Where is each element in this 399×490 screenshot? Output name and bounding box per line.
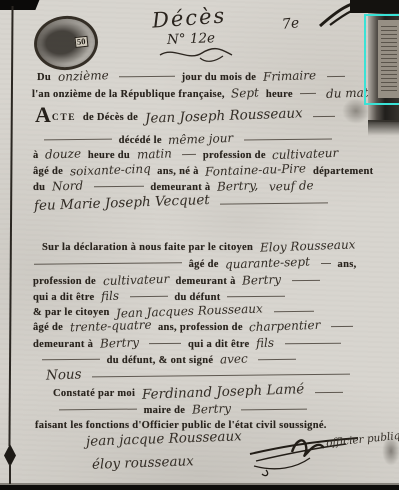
- printed-departement: département: [313, 166, 373, 177]
- flourish: [158, 48, 236, 64]
- selection-box[interactable]: [364, 14, 399, 105]
- scan-edge-bottom: [0, 485, 399, 490]
- hour-entry: Sept: [231, 87, 259, 101]
- declarant2-residence-line: demeurant à Bertry qui a dit être fils: [33, 337, 345, 351]
- death-day-entry: même jour: [168, 132, 234, 147]
- month-entry: Frimaire: [263, 69, 317, 84]
- ruled-line: [130, 296, 168, 297]
- declarant1-profession-line: profession de cultivateur demeurant à Be…: [33, 274, 324, 288]
- declaration-line: Sur la déclaration à nous faite par le c…: [42, 240, 359, 254]
- birthplace-entry: Fontaine-au-Pire: [205, 162, 306, 179]
- declarant2-residence: Bertry: [100, 336, 139, 350]
- printed-age-de2: âgé de: [189, 259, 219, 270]
- act-number: N° 12e: [167, 30, 216, 48]
- death-daypart-entry: matin: [136, 147, 171, 161]
- printed-initial-a: A: [35, 102, 51, 127]
- ruled-line: [149, 343, 181, 344]
- printed-heure: heure: [266, 89, 293, 100]
- ruled-line: [258, 359, 296, 360]
- signed-line: du défunt, & ont signé avec: [38, 353, 300, 367]
- stamp-value: 50: [74, 36, 89, 48]
- scan-edge-corner: [350, 0, 399, 13]
- printed-jour-du-mois: jour du mois de: [182, 72, 257, 83]
- printed-qui-a-dit2: qui a dit être: [188, 339, 249, 350]
- ruled-line: [42, 359, 100, 361]
- signature-jean-jacques: jean jacque Rousseaux: [86, 430, 242, 448]
- printed-cte: CTE: [52, 113, 76, 123]
- ruled-line: [34, 262, 182, 265]
- printed-a: à: [33, 150, 39, 161]
- binding-thread: [8, 6, 13, 446]
- printed-du2: du: [33, 182, 45, 193]
- spouse-name: feu Marie Joseph Vecquet: [34, 194, 210, 213]
- declarant1-name: Eloy Rousseaux: [260, 238, 356, 254]
- printed-ans2: ans,: [338, 259, 357, 270]
- printed-qui-a-dit: qui a dit être: [33, 292, 94, 303]
- deceased-name: Jean Joseph Rousseaux: [145, 107, 303, 125]
- ink-smudge: [382, 436, 399, 466]
- printed-maire-de: maire de: [144, 405, 186, 416]
- ruled-line: [220, 202, 328, 204]
- printed-de-deces-de: de Décès de: [83, 112, 138, 123]
- declarant2-line: & par le citoyen Jean Jacques Rousseaux: [33, 305, 318, 319]
- signature-declarant1: éloy rousseaux: [88, 457, 198, 471]
- declarant1-relation: fils: [101, 290, 119, 304]
- declarant2-relation: fils: [256, 337, 274, 351]
- department-entry: Nord: [52, 179, 84, 193]
- declarant2-age: trente-quatre: [70, 319, 152, 335]
- declarant1-age: quarante-sept: [225, 256, 310, 272]
- declarant2-age-line: âgé de trente-quatre ans, profession de …: [33, 320, 357, 334]
- year-line: l'an onzième de la République française,…: [32, 87, 384, 101]
- avec-entry: avec: [220, 353, 248, 367]
- printed-du: Du: [37, 72, 51, 83]
- printed-ans-ne-a: ans, né à: [157, 166, 199, 177]
- printed-constate: Constaté par moi: [53, 388, 135, 399]
- ruled-line: [315, 392, 343, 393]
- death-hour-entry: douze: [45, 147, 81, 161]
- spouse-line: feu Marie Joseph Vecquet: [30, 197, 332, 211]
- printed-age-de3: âgé de: [33, 322, 63, 333]
- signature-declarant2: jean jacque Rousseaux: [82, 433, 246, 447]
- ruled-line: [94, 186, 144, 188]
- department-line: du Nord demeurant à Bertry, veuf de: [33, 180, 318, 194]
- printed-profession-de2: profession de: [33, 276, 96, 287]
- maire-line: maire de Bertry: [55, 403, 311, 417]
- printed-demeurant-a3: demeurant à: [33, 339, 93, 350]
- printed-profession-de: profession de: [203, 150, 266, 161]
- printed-ans-profession: ans, profession de: [158, 322, 243, 333]
- ruled-line: [227, 296, 285, 298]
- nous-entry: Nous: [46, 368, 82, 382]
- ruled-line: [119, 76, 175, 78]
- declarant2-profession: charpentier: [249, 319, 321, 334]
- ruled-line: [274, 311, 314, 312]
- nous-line: Nous: [42, 369, 354, 383]
- ruled-line: [244, 139, 332, 141]
- adjacent-page-fade: [368, 120, 399, 136]
- ruled-line: [292, 280, 320, 281]
- date-line: Du onzième jour du mois de Frimaire: [37, 70, 349, 84]
- printed-sur-declaration: Sur la déclaration à nous faite par le c…: [42, 242, 253, 253]
- printed-heure-du: heure du: [88, 150, 130, 161]
- ruled-line: [44, 139, 112, 141]
- acte-line: ACTE de Décès de Jean Joseph Rousseaux: [35, 108, 339, 125]
- ruled-line: [241, 409, 307, 411]
- ruled-line: [285, 343, 341, 345]
- scan-edge-corner: [0, 0, 41, 10]
- document-title: Décès: [151, 3, 227, 32]
- printed-du-defunt: du défunt: [174, 292, 220, 303]
- signature-eloy: éloy rousseaux: [92, 455, 194, 472]
- printed-demeurant-a2: demeurant à: [175, 276, 235, 287]
- commune-entry: Bertry: [192, 402, 231, 416]
- deceased-profession: cultivateur: [272, 147, 339, 162]
- residence-entry: Bertry,: [217, 179, 259, 193]
- folio-number: 7e: [281, 15, 300, 33]
- ruled-line: [327, 76, 345, 77]
- printed-age-de: âgé de: [33, 166, 63, 177]
- ruled-line: [300, 93, 316, 94]
- declarant1-age-line: âgé de quarante-sept ans,: [30, 257, 357, 271]
- age-line: âgé de soixante-cinq ans, né à Fontaine-…: [33, 164, 373, 178]
- widower-entry: veuf de: [269, 179, 314, 194]
- ruled-line: [313, 116, 335, 117]
- declarant1-profession: cultivateur: [102, 273, 169, 288]
- ruled-line: [59, 409, 137, 411]
- revenue-stamp: 50: [31, 13, 100, 73]
- deceased-age: soixante-cinq: [70, 163, 151, 179]
- death-certificate-scan: 50 Décès N° 12e 7e Du onzième jour du mo…: [0, 0, 399, 490]
- day-entry: onzième: [57, 69, 108, 84]
- printed-decede-le: décédé le: [119, 135, 162, 146]
- binding-thread: [9, 464, 11, 484]
- ruled-line: [92, 374, 350, 378]
- ruled-line: [321, 263, 331, 264]
- ruled-line: [182, 154, 196, 155]
- printed-et-par-citoyen: & par le citoyen: [33, 307, 110, 318]
- declarant1-residence: Bertry: [242, 273, 281, 287]
- printed-du-defunt-signe: du défunt, & ont signé: [107, 355, 214, 366]
- death-hour-line: à douze heure du matin profession de cul…: [33, 148, 343, 162]
- constat-line: Constaté par moi Ferdinand Joseph Lamé: [53, 386, 347, 400]
- decede-line: décédé le même jour: [40, 133, 336, 147]
- officer-name: Ferdinand Joseph Lamé: [142, 383, 305, 402]
- ruled-line: [331, 326, 353, 327]
- printed-an-onze: l'an onzième de la République française,: [32, 89, 225, 100]
